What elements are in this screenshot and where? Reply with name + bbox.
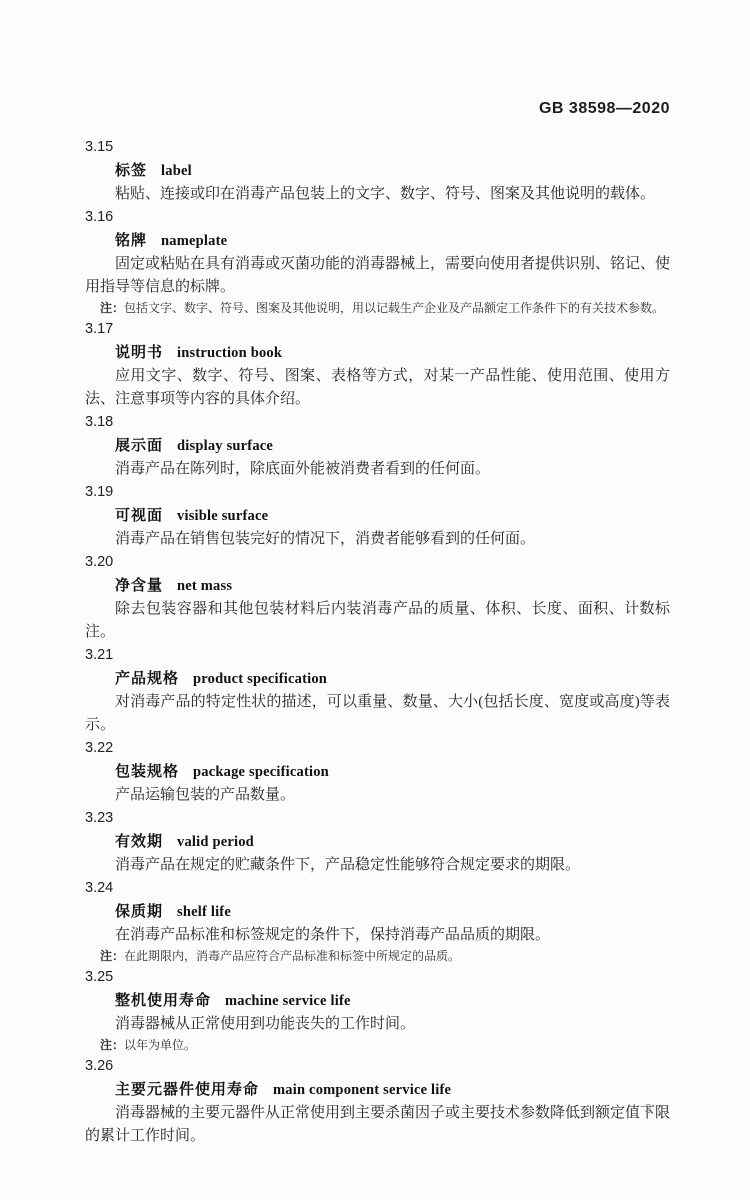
term-english: machine service life (225, 993, 351, 1009)
clause-number: 3.17 (85, 318, 670, 341)
term-heading: 净含量net mass (85, 574, 670, 598)
term-section-3-25: 3.25 整机使用寿命machine service life 消毒器械从正常使… (85, 966, 670, 1055)
term-english: instruction book (177, 345, 282, 361)
term-chinese: 主要元器件使用寿命 (115, 1082, 259, 1098)
clause-number: 3.18 (85, 411, 670, 434)
term-english: valid period (177, 834, 254, 850)
note-label: 注： (100, 301, 124, 315)
terms-content: 3.15 标签label 粘贴、连接或印在消毒产品包装上的文字、数字、符号、图案… (85, 136, 670, 1148)
term-english: nameplate (161, 233, 227, 249)
clause-number: 3.15 (85, 136, 670, 159)
term-definition: 粘贴、连接或印在消毒产品包装上的文字、数字、符号、图案及其他说明的载体。 (85, 183, 670, 206)
note-text: 以年为单位。 (124, 1038, 196, 1052)
term-chinese: 可视面 (115, 508, 163, 524)
term-section-3-15: 3.15 标签label 粘贴、连接或印在消毒产品包装上的文字、数字、符号、图案… (85, 136, 670, 206)
term-heading: 保质期shelf life (85, 900, 670, 924)
term-section-3-23: 3.23 有效期valid period 消毒产品在规定的贮藏条件下，产品稳定性… (85, 807, 670, 877)
note-label: 注： (100, 949, 124, 963)
term-note: 注：以年为单位。 (85, 1036, 670, 1055)
note-label: 注： (100, 1038, 124, 1052)
term-heading: 主要元器件使用寿命main component service life (85, 1078, 670, 1102)
clause-number: 3.19 (85, 481, 670, 504)
term-heading: 产品规格product specification (85, 667, 670, 691)
term-section-3-17: 3.17 说明书instruction book 应用文字、数字、符号、图案、表… (85, 318, 670, 411)
term-heading: 包装规格package specification (85, 760, 670, 784)
term-section-3-19: 3.19 可视面visible surface 消毒产品在销售包装完好的情况下，… (85, 481, 670, 551)
note-text: 在此期限内，消毒产品应符合产品标准和标签中所规定的品质。 (124, 949, 460, 963)
term-section-3-21: 3.21 产品规格product specification 对消毒产品的特定性… (85, 644, 670, 737)
clause-number: 3.16 (85, 206, 670, 229)
term-definition: 应用文字、数字、符号、图案、表格等方式，对某一产品性能、使用范围、使用方法、注意… (85, 365, 670, 411)
term-definition: 在消毒产品标准和标签规定的条件下，保持消毒产品品质的期限。 (85, 924, 670, 947)
term-english: label (161, 163, 192, 179)
term-section-3-16: 3.16 铭牌nameplate 固定或粘贴在具有消毒或灭菌功能的消毒器械上，需… (85, 206, 670, 318)
term-section-3-20: 3.20 净含量net mass 除去包装容器和其他包装材料后内装消毒产品的质量… (85, 551, 670, 644)
clause-number: 3.24 (85, 877, 670, 900)
term-chinese: 说明书 (115, 345, 163, 361)
term-english: visible surface (177, 508, 268, 524)
term-heading: 整机使用寿命machine service life (85, 989, 670, 1013)
page-footer: 3 (85, 1100, 670, 1118)
term-chinese: 整机使用寿命 (115, 993, 211, 1009)
term-definition: 消毒产品在陈列时，除底面外能被消费者看到的任何面。 (85, 458, 670, 481)
term-definition: 消毒产品在销售包装完好的情况下，消费者能够看到的任何面。 (85, 528, 670, 551)
term-definition: 消毒器械从正常使用到功能丧失的工作时间。 (85, 1013, 670, 1036)
term-english: main component service life (273, 1082, 451, 1098)
term-chinese: 保质期 (115, 904, 163, 920)
term-section-3-22: 3.22 包装规格package specification 产品运输包装的产品… (85, 737, 670, 807)
term-chinese: 净含量 (115, 578, 163, 594)
term-chinese: 标签 (115, 163, 147, 179)
term-section-3-18: 3.18 展示面display surface 消毒产品在陈列时，除底面外能被消… (85, 411, 670, 481)
standard-number: GB 38598—2020 (539, 100, 670, 117)
clause-number: 3.26 (85, 1055, 670, 1078)
page-number: 3 (645, 1101, 670, 1116)
clause-number: 3.22 (85, 737, 670, 760)
page-header: GB 38598—2020 (85, 100, 670, 118)
term-note: 注：包括文字、数字、符号、图案及其他说明，用以记载生产企业及产品额定工作条件下的… (85, 299, 670, 318)
term-english: net mass (177, 578, 232, 594)
term-note: 注：在此期限内，消毒产品应符合产品标准和标签中所规定的品质。 (85, 947, 670, 966)
term-definition: 除去包装容器和其他包装材料后内装消毒产品的质量、体积、长度、面积、计数标注。 (85, 598, 670, 644)
term-definition: 固定或粘贴在具有消毒或灭菌功能的消毒器械上，需要向使用者提供识别、铭记、使用指导… (85, 253, 670, 299)
term-definition: 产品运输包装的产品数量。 (85, 784, 670, 807)
term-definition: 消毒产品在规定的贮藏条件下，产品稳定性能够符合规定要求的期限。 (85, 854, 670, 877)
term-chinese: 展示面 (115, 438, 163, 454)
term-chinese: 铭牌 (115, 233, 147, 249)
term-heading: 展示面display surface (85, 434, 670, 458)
clause-number: 3.21 (85, 644, 670, 667)
term-heading: 可视面visible surface (85, 504, 670, 528)
term-heading: 说明书instruction book (85, 341, 670, 365)
term-heading: 有效期valid period (85, 830, 670, 854)
term-english: shelf life (177, 904, 231, 920)
term-chinese: 包装规格 (115, 764, 179, 780)
term-english: package specification (193, 764, 329, 780)
note-text: 包括文字、数字、符号、图案及其他说明，用以记载生产企业及产品额定工作条件下的有关… (124, 301, 664, 315)
term-english: display surface (177, 438, 273, 454)
term-heading: 铭牌nameplate (85, 229, 670, 253)
term-english: product specification (193, 671, 327, 687)
term-chinese: 产品规格 (115, 671, 179, 687)
term-section-3-24: 3.24 保质期shelf life 在消毒产品标准和标签规定的条件下，保持消毒… (85, 877, 670, 966)
document-page: GB 38598—2020 3.15 标签label 粘贴、连接或印在消毒产品包… (0, 0, 750, 1200)
term-heading: 标签label (85, 159, 670, 183)
term-definition: 对消毒产品的特定性状的描述，可以重量、数量、大小(包括长度、宽度或高度)等表示。 (85, 691, 670, 737)
clause-number: 3.25 (85, 966, 670, 989)
term-chinese: 有效期 (115, 834, 163, 850)
clause-number: 3.20 (85, 551, 670, 574)
clause-number: 3.23 (85, 807, 670, 830)
